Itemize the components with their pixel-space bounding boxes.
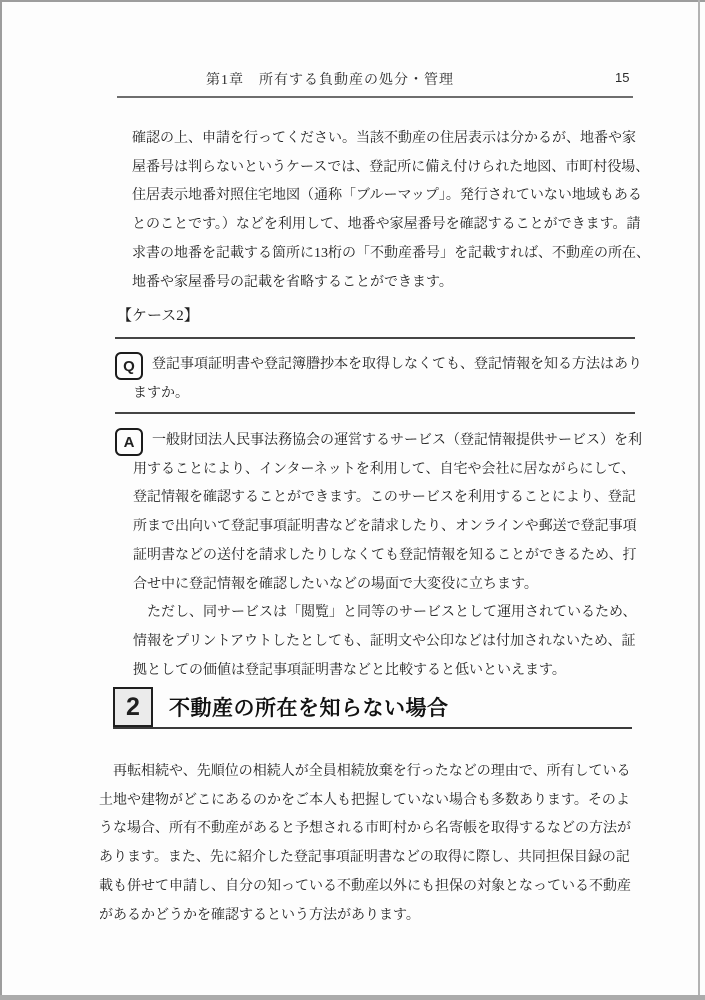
scan-edge-left <box>0 0 2 1000</box>
case-label: 【ケース2】 <box>117 304 199 325</box>
chapter-title: 第1章 所有する負動産の処分・管理 <box>206 73 454 88</box>
text-line: 証明書などの送付を請求したりしなくても登記情報を知ることができるため、打 <box>133 542 655 571</box>
intro-paragraph: 確認の上、申請を行ってください。当該不動産の住居表示は分かるが、地番や家屋番号は… <box>132 125 652 297</box>
text-line: 土地や建物がどこにあるのかをご本人も把握していない場合も多数あります。そのよ <box>99 787 655 816</box>
text-line: とのことです。）などを利用して、地番や家屋番号を確認することができます。請 <box>132 211 652 240</box>
text-line: ただし、同サービスは「閲覧」と同等のサービスとして運用されているため、 <box>133 599 655 628</box>
text-line: 確認の上、申請を行ってください。当該不動産の住居表示は分かるが、地番や家 <box>132 125 652 154</box>
text-line: ますか。 <box>133 380 655 409</box>
section-heading: 2 不動産の所在を知らない場合 <box>113 686 632 729</box>
text-line: 屋番号は判らないというケースでは、登記所に備え付けられた地図、市町村役場、 <box>132 154 652 183</box>
text-line: 所まで出向いて登記事項証明書などを請求したり、オンラインや郵送で登記事項 <box>133 513 655 542</box>
question-block: Q 登記事項証明書や登記簿謄抄本を取得しなくても、登記情報を知る方法はありますか… <box>115 351 655 408</box>
text-line: 一般財団法人民事法務協会の運営するサービス（登記情報提供サービス）を利 <box>133 427 655 456</box>
section-paragraph: 再転相続や、先順位の相続人が全員相続放棄を行ったなどの理由で、所有している土地や… <box>99 758 655 930</box>
text-line: 求書の地番を記載する箇所に13桁の「不動産番号」を記載すれば、不動産の所在、 <box>132 240 652 269</box>
scan-edge-right <box>698 0 700 1000</box>
text-line: あります。また、先に紹介した登記事項証明書などの取得に際し、共同担保目録の記 <box>99 844 655 873</box>
section-number-box: 2 <box>113 687 153 727</box>
answer-block: A 一般財団法人民事法務協会の運営するサービス（登記情報提供サービス）を利用する… <box>115 427 655 685</box>
text-line: 載も併せて申請し、自分の知っている不動産以外にも担保の対象となっている不動産 <box>99 873 655 902</box>
text-line: があるかどうかを確認するという方法があります。 <box>99 902 655 931</box>
answer-text: 一般財団法人民事法務協会の運営するサービス（登記情報提供サービス）を利用すること… <box>133 427 655 685</box>
text-line: 情報をプリントアウトしたとしても、証明文や公印などは付加されないため、証 <box>133 628 655 657</box>
text-line: 住居表示地番対照住宅地図（通称「ブルーマップ」。発行されていない地域もある <box>132 182 652 211</box>
text-line: うな場合、所有不動産があると予想される市町村から名寄帳を取得するなどの方法が <box>99 815 655 844</box>
text-line: 用することにより、インターネットを利用して、自宅や会社に居ながらにして、 <box>133 456 655 485</box>
header-rule <box>117 96 633 98</box>
text-line: 登記事項証明書や登記簿謄抄本を取得しなくても、登記情報を知る方法はあり <box>133 351 655 380</box>
q-badge: Q <box>115 352 143 380</box>
scanned-page: 第1章 所有する負動産の処分・管理 15 確認の上、申請を行ってください。当該不… <box>0 0 705 1000</box>
text-line: 登記情報を確認することができます。このサービスを利用することにより、登記 <box>133 484 655 513</box>
question-text: 登記事項証明書や登記簿謄抄本を取得しなくても、登記情報を知る方法はありますか。 <box>133 351 655 408</box>
scan-edge-top <box>0 0 705 2</box>
text-line: 拠としての価値は登記事項証明書などと比較すると低いといえます。 <box>133 657 655 686</box>
text-line: 合せ中に登記情報を確認したいなどの場面で大変役に立ちます。 <box>133 571 655 600</box>
qa-divider-middle <box>115 412 635 414</box>
page-number: 15 <box>615 70 629 85</box>
qa-divider-top <box>115 337 635 339</box>
running-header: 第1章 所有する負動産の処分・管理 <box>0 69 660 89</box>
text-line: 地番や家屋番号の記載を省略することができます。 <box>132 269 652 298</box>
section-title: 不動産の所在を知らない場合 <box>169 692 449 722</box>
scan-edge-bottom <box>0 995 705 1000</box>
text-line: 再転相続や、先順位の相続人が全員相続放棄を行ったなどの理由で、所有している <box>99 758 655 787</box>
a-badge: A <box>115 428 143 456</box>
